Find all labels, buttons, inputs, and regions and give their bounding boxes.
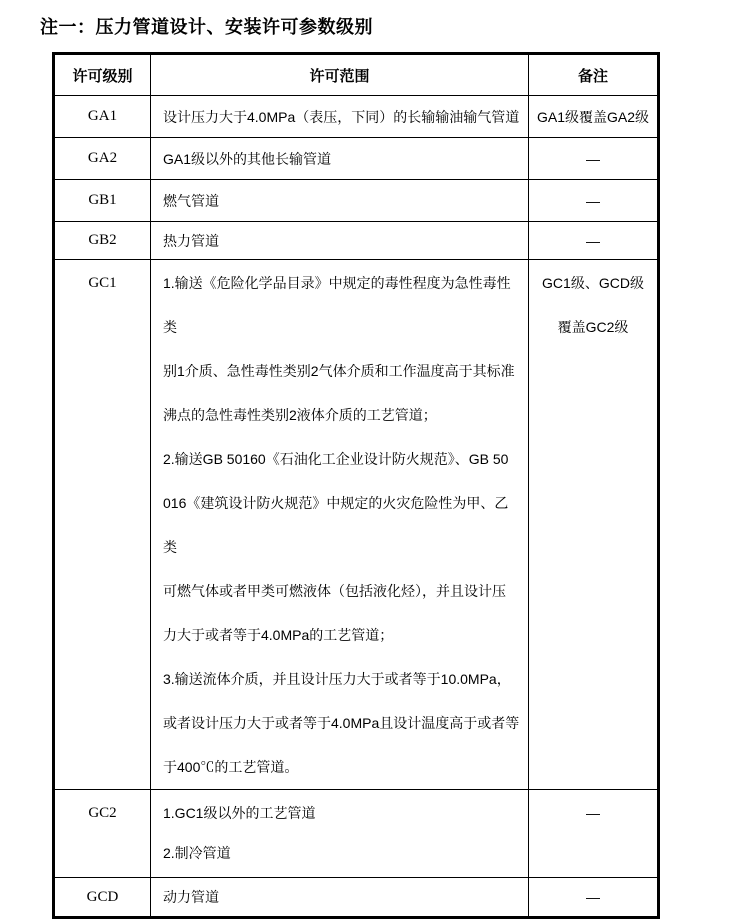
table-row-gc1: GC1 1.输送《危险化学品目录》中规定的毒性程度为急性毒性类 别1介质、急性毒… xyxy=(54,260,659,790)
table-row-ga1: GA1 设计压力大于4.0MPa（表压，下同）的长输输油输气管道 GA1级覆盖G… xyxy=(54,96,659,138)
cell-level-gcd: GCD xyxy=(54,878,151,918)
cell-remark-ga2: — xyxy=(529,138,659,180)
header-remark: 备注 xyxy=(529,54,659,96)
cell-level-gb1: GB1 xyxy=(54,180,151,222)
table-row-gc2: GC2 1.GC1级以外的工艺管道 2.制冷管道 — xyxy=(54,790,659,878)
header-permit-scope: 许可范围 xyxy=(151,54,529,96)
cell-scope-gb1: 燃气管道 xyxy=(151,180,529,222)
cell-level-gc1: GC1 xyxy=(54,260,151,790)
cell-level-gb2: GB2 xyxy=(54,222,151,260)
cell-scope-ga1: 设计压力大于4.0MPa（表压，下同）的长输输油输气管道 xyxy=(151,96,529,138)
document-page: 注一：压力管道设计、安装许可参数级别 许可级别 许可范围 备注 GA1 设计压力… xyxy=(0,0,750,848)
table-row-gb2: GB2 热力管道 — xyxy=(54,222,659,260)
cell-scope-gcd: 动力管道 xyxy=(151,878,529,918)
cell-remark-gb2: — xyxy=(529,222,659,260)
cell-scope-gc1: 1.输送《危险化学品目录》中规定的毒性程度为急性毒性类 别1介质、急性毒性类别2… xyxy=(151,260,529,790)
header-permit-level: 许可级别 xyxy=(54,54,151,96)
cell-remark-gc1: GC1级、GCD级 覆盖GC2级 xyxy=(529,260,659,790)
cell-remark-ga1: GA1级覆盖GA2级 xyxy=(529,96,659,138)
page-title: 注一：压力管道设计、安装许可参数级别 xyxy=(40,13,750,39)
table-row-gb1: GB1 燃气管道 — xyxy=(54,180,659,222)
cell-remark-gcd: — xyxy=(529,878,659,918)
cell-scope-ga2: GA1级以外的其他长输管道 xyxy=(151,138,529,180)
permit-level-table: 许可级别 许可范围 备注 GA1 设计压力大于4.0MPa（表压，下同）的长输输… xyxy=(52,52,660,919)
cell-scope-gc2: 1.GC1级以外的工艺管道 2.制冷管道 xyxy=(151,790,529,878)
cell-scope-gb2: 热力管道 xyxy=(151,222,529,260)
table-header-row: 许可级别 许可范围 备注 xyxy=(54,54,659,96)
cell-level-ga1: GA1 xyxy=(54,96,151,138)
table-row-gcd: GCD 动力管道 — xyxy=(54,878,659,918)
table-row-ga2: GA2 GA1级以外的其他长输管道 — xyxy=(54,138,659,180)
cell-remark-gb1: — xyxy=(529,180,659,222)
cell-level-ga2: GA2 xyxy=(54,138,151,180)
cell-level-gc2: GC2 xyxy=(54,790,151,878)
cell-remark-gc2: — xyxy=(529,790,659,878)
